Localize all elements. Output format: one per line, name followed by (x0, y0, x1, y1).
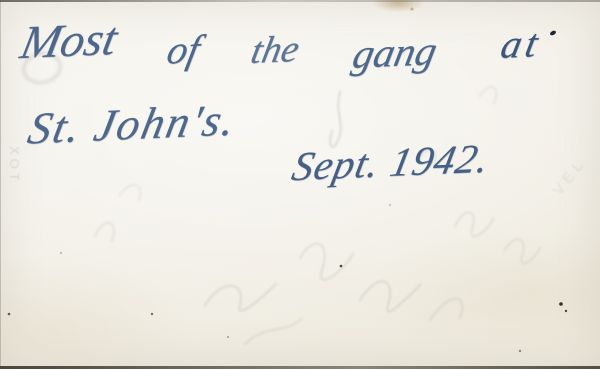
handwritten-line-date: Sept. 1942. (288, 134, 494, 190)
scan-edge-top (0, 0, 600, 2)
handwritten-line-location: St. John's. (24, 94, 242, 155)
handwritten-word-the: the (247, 27, 303, 73)
watermark-fragment-right: VEL (550, 154, 590, 199)
watermark-fragment-left: XOT (2, 146, 22, 185)
scan-edge-left (0, 0, 1, 369)
handwritten-word-gang: gang (349, 26, 442, 78)
handwritten-word-at: at (497, 19, 546, 68)
handwritten-word-most: Most (16, 12, 122, 70)
handwritten-word-of: of (163, 25, 204, 73)
photo-back-scan: Most of the gang at St. John's. Sept. 19… (0, 0, 600, 369)
